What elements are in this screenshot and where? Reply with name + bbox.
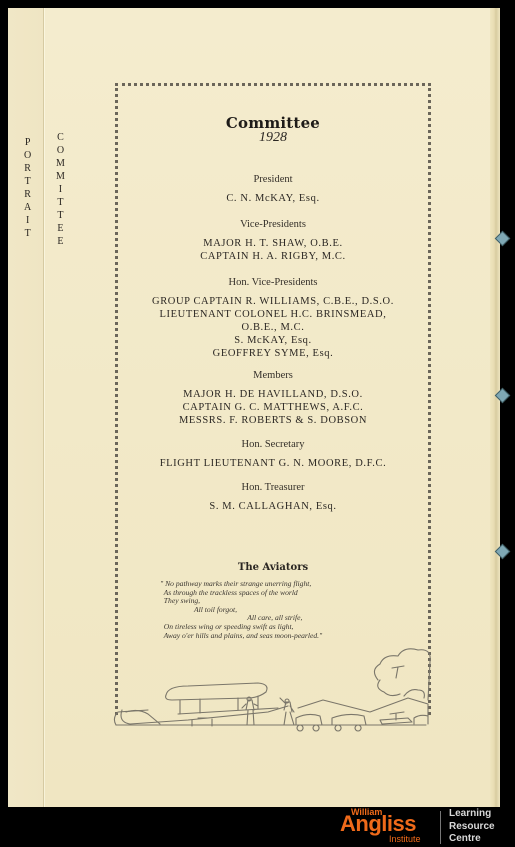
role-label: Hon. Secretary: [118, 438, 428, 452]
section-hon-secretary: Hon. Secretary FLIGHT LIEUTENANT G. N. M…: [118, 438, 428, 470]
spine-letter: P: [25, 136, 31, 149]
spine-letter: R: [24, 162, 31, 175]
role-label: Hon. Treasurer: [118, 481, 428, 495]
member-name: MESSRS. F. ROBERTS & S. DOBSON: [118, 414, 428, 427]
member-name: GEOFFREY SYME, Esq.: [118, 347, 428, 360]
member-name: S. McKAY, Esq.: [118, 334, 428, 347]
spine-letter: T: [25, 227, 31, 240]
logo-institute-text: Institute: [389, 834, 421, 844]
member-name: C. N. McKAY, Esq.: [118, 192, 428, 205]
role-label: Members: [118, 369, 428, 383]
spine-letter: E: [57, 235, 63, 248]
logo-divider: [440, 811, 441, 844]
page-fold-line: [43, 8, 44, 807]
member-name: LIEUTENANT COLONEL H.C. BRINSMEAD,: [118, 308, 428, 321]
poem-title: The Aviators: [118, 562, 428, 573]
section-hon-vice-presidents: Hon. Vice-Presidents GROUP CAPTAIN R. WI…: [118, 276, 428, 360]
page-right-edge: [490, 8, 500, 807]
spine-letter: M: [56, 157, 65, 170]
member-name: FLIGHT LIEUTENANT G. N. MOORE, D.F.C.: [118, 457, 428, 470]
section-president: President C. N. McKAY, Esq.: [118, 173, 428, 205]
spine-letter: I: [26, 214, 29, 227]
role-label: Vice-Presidents: [118, 218, 428, 232]
spine-letter: I: [59, 183, 62, 196]
role-label: Hon. Vice-Presidents: [118, 276, 428, 290]
spine-letter: C: [57, 131, 64, 144]
member-name: O.B.E., M.C.: [118, 321, 428, 334]
section-vice-presidents: Vice-Presidents MAJOR H. T. SHAW, O.B.E.…: [118, 218, 428, 263]
spine-flap: [8, 8, 43, 807]
member-name: S. M. CALLAGHAN, Esq.: [118, 500, 428, 513]
logo-angliss-text: Angliss: [340, 813, 416, 835]
section-hon-treasurer: Hon. Treasurer S. M. CALLAGHAN, Esq.: [118, 481, 428, 513]
lrc-line: Learning: [449, 808, 495, 821]
footer-band: [0, 807, 515, 847]
learning-resource-centre-label: Learning Resource Centre: [449, 808, 495, 846]
member-name: CAPTAIN G. C. MATTHEWS, A.F.C.: [118, 401, 428, 414]
member-name: GROUP CAPTAIN R. WILLIAMS, C.B.E., D.S.O…: [118, 295, 428, 308]
spine-letter: O: [24, 149, 31, 162]
member-name: MAJOR H. T. SHAW, O.B.E.: [118, 237, 428, 250]
role-label: President: [118, 173, 428, 187]
spine-letter: M: [56, 170, 65, 183]
spine-label-portrait: P O R T R A I T: [24, 136, 31, 240]
poem-text: " No pathway marks their strange unerrin…: [160, 580, 420, 640]
member-name: MAJOR H. DE HAVILLAND, D.S.O.: [118, 388, 428, 401]
spine-letter: E: [57, 222, 63, 235]
year: 1928: [118, 130, 428, 146]
biplane-illustration-icon: [108, 640, 438, 740]
spine-letter: A: [24, 201, 31, 214]
poem-line: Away o'er hills and plains, and seas moo…: [160, 632, 420, 641]
section-members: Members MAJOR H. DE HAVILLAND, D.S.O. CA…: [118, 369, 428, 427]
member-name: CAPTAIN H. A. RIGBY, M.C.: [118, 250, 428, 263]
spine-letter: R: [24, 188, 31, 201]
spine-letter: T: [57, 196, 63, 209]
spine-letter: O: [57, 144, 64, 157]
spine-letter: T: [57, 209, 63, 222]
lrc-line: Resource: [449, 821, 495, 834]
lrc-line: Centre: [449, 833, 495, 846]
spine-letter: T: [25, 175, 31, 188]
spine-label-committee: C O M M I T T E E: [56, 131, 65, 248]
